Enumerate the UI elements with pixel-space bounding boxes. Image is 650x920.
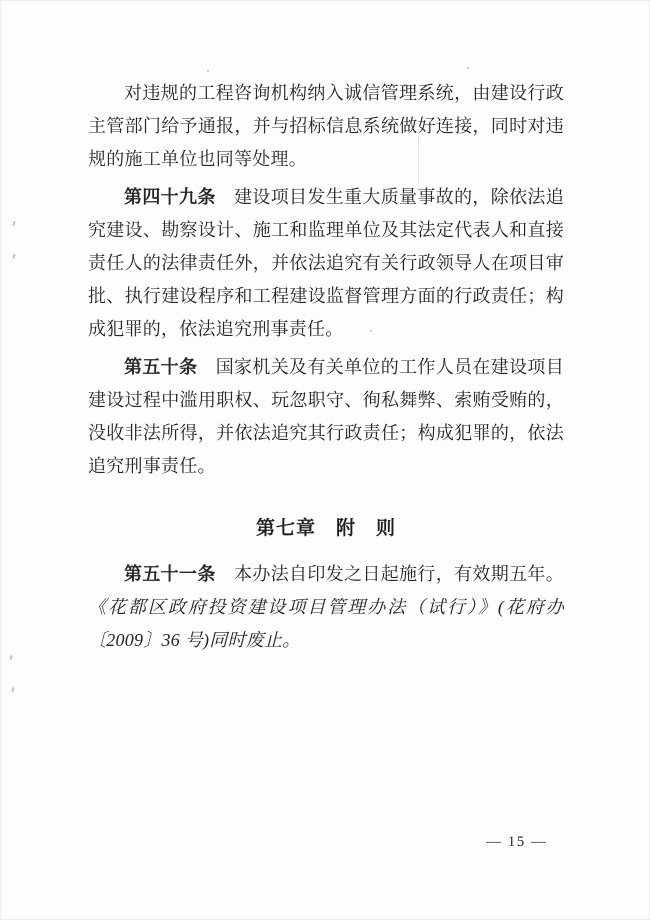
paragraph-article-50: 第五十条 国家机关及有关单位的工作人员在建设项目建设过程中滥用职权、玩忽职守、徇… [88,351,564,483]
chapter-heading: 第七章 附 则 [88,512,564,545]
scan-speckle [12,254,15,259]
article-49-number: 第四十九条 [124,187,216,207]
scan-speckle [9,655,12,660]
article-51-repeal-text: 《花都区政府投资建设项目管理办法（试行）》(花府办〔2009〕36 号)同时废止… [88,597,564,650]
page-number: — 15 — [486,834,548,851]
scan-line-artifact [418,136,419,184]
article-50-number: 第五十条 [124,357,197,377]
scan-speckle [12,221,15,226]
scan-speckle [370,330,372,332]
paragraph-article-51: 第五十一条 本办法自印发之日起施行，有效期五年。《花都区政府投资建设项目管理办法… [88,558,564,657]
article-51-number: 第五十一条 [124,564,216,584]
scan-speckle [467,67,469,69]
article-51-text: 本办法自印发之日起施行，有效期五年。 [216,564,564,584]
article-49-text: 建设项目发生重大质量事故的，除依法追究建设、勘察设计、施工和监理单位及其法定代表… [88,187,564,339]
document-page: 对违规的工程咨询机构纳入诚信管理系统，由建设行政主管部门给予通报，并与招标信息系… [0,0,650,920]
paragraph-intro-text: 对违规的工程咨询机构纳入诚信管理系统，由建设行政主管部门给予通报，并与招标信息系… [88,83,564,169]
body-text: 对违规的工程咨询机构纳入诚信管理系统，由建设行政主管部门给予通报，并与招标信息系… [88,77,564,657]
paragraph-intro: 对违规的工程咨询机构纳入诚信管理系统，由建设行政主管部门给予通报，并与招标信息系… [88,77,564,176]
scan-speckle [207,70,209,72]
scan-speckle [11,687,14,692]
paragraph-article-49: 第四十九条 建设项目发生重大质量事故的，除依法追究建设、勘察设计、施工和监理单位… [88,181,564,346]
